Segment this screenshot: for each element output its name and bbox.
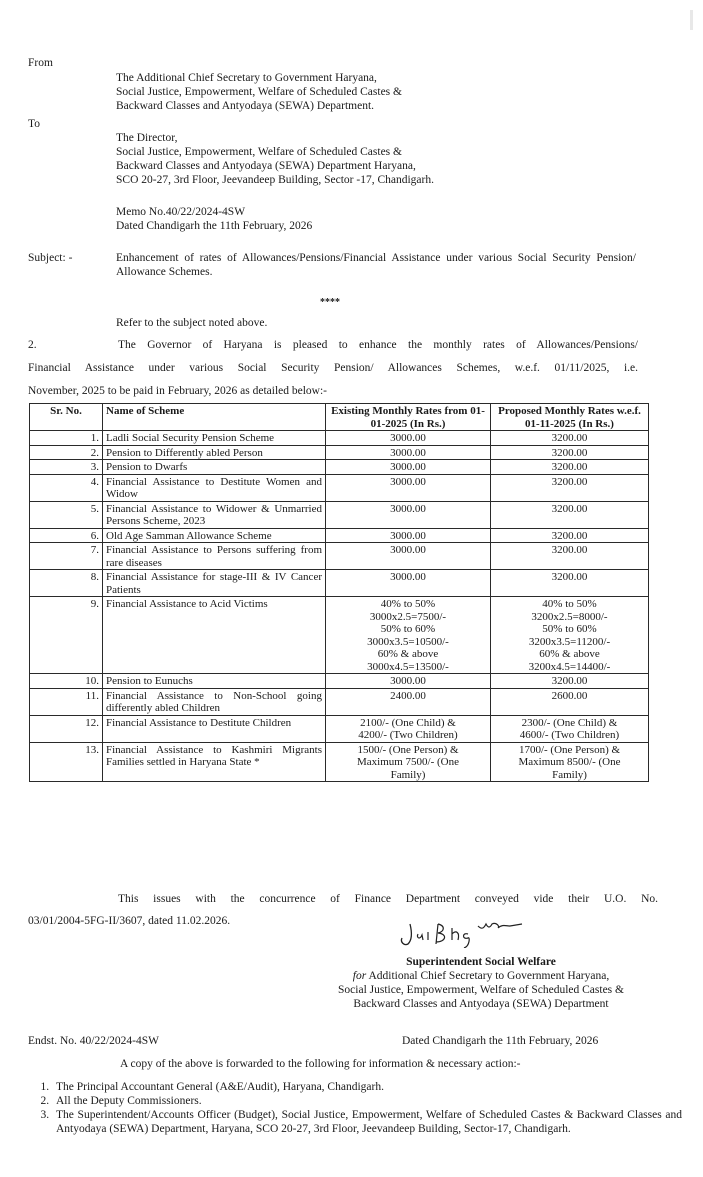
subject-text: Enhancement of rates of Allowances/Pensi… xyxy=(116,251,636,279)
cell-proposed-rate: 40% to 50%3200x2.5=8000/-50% to 60%3200x… xyxy=(491,597,649,674)
existing-rate-line: 3000.00 xyxy=(329,530,487,543)
cell-sr-no: 3. xyxy=(30,460,103,475)
cell-proposed-rate: 3200.00 xyxy=(491,431,649,446)
header-scheme-name: Name of Scheme xyxy=(103,404,326,431)
existing-rate-line: 3000.00 xyxy=(329,461,487,474)
proposed-rate-line: 3200.00 xyxy=(494,530,645,543)
existing-rate-line: 2100/- (One Child) & xyxy=(329,717,487,730)
cell-proposed-rate: 2600.00 xyxy=(491,688,649,715)
table-row: 1.Ladli Social Security Pension Scheme30… xyxy=(30,431,649,446)
to-label: To xyxy=(28,117,40,131)
cell-sr-no: 8. xyxy=(30,570,103,597)
for-prefix: for xyxy=(353,970,366,982)
cell-sr-no: 10. xyxy=(30,674,103,689)
refer-line: Refer to the subject noted above. xyxy=(116,316,267,330)
signature-block: Superintendent Social Welfare for Additi… xyxy=(300,955,662,1011)
table-row: 12.Financial Assistance to Destitute Chi… xyxy=(30,715,649,742)
existing-rate-line: 3000.00 xyxy=(329,503,487,516)
cell-scheme-name: Financial Assistance to Destitute Childr… xyxy=(103,715,326,742)
for-line-text: Additional Chief Secretary to Government… xyxy=(368,970,609,982)
cell-existing-rate: 3000.00 xyxy=(326,431,491,446)
cell-proposed-rate: 3200.00 xyxy=(491,674,649,689)
cell-existing-rate: 3000.00 xyxy=(326,445,491,460)
table-row: 13.Financial Assistance to Kashmiri Migr… xyxy=(30,742,649,782)
proposed-rate-line: 3200.00 xyxy=(494,675,645,688)
table-row: 4.Financial Assistance to Destitute Wome… xyxy=(30,474,649,501)
cell-proposed-rate: 2300/- (One Child) &4600/- (Two Children… xyxy=(491,715,649,742)
existing-rate-line: 3000.00 xyxy=(329,432,487,445)
cell-sr-no: 13. xyxy=(30,742,103,782)
cell-scheme-name: Financial Assistance to Non-School going… xyxy=(103,688,326,715)
to-line-2: Social Justice, Empowerment, Welfare of … xyxy=(116,145,402,159)
copy-recipient-list: The Principal Accountant General (A&E/Au… xyxy=(30,1080,682,1136)
proposed-rate-line: 3200x3.5=11200/- xyxy=(494,636,645,649)
from-line-1: The Additional Chief Secretary to Govern… xyxy=(116,71,377,85)
endorsement-intro: A copy of the above is forwarded to the … xyxy=(120,1057,520,1071)
subject-label: Subject: - xyxy=(28,251,72,265)
existing-rate-line: 3000x3.5=10500/- xyxy=(329,636,487,649)
to-line-4: SCO 20-27, 3rd Floor, Jeevandeep Buildin… xyxy=(116,173,434,187)
proposed-rate-line: 1700/- (One Person) & xyxy=(494,744,645,757)
signature-scribble xyxy=(398,918,548,948)
proposed-rate-line: 40% to 50% xyxy=(494,598,645,611)
separator: **** xyxy=(300,296,360,310)
cell-scheme-name: Financial Assistance for stage-III & IV … xyxy=(103,570,326,597)
proposed-rate-line: 50% to 60% xyxy=(494,623,645,636)
cell-scheme-name: Pension to Differently abled Person xyxy=(103,445,326,460)
to-line-1: The Director, xyxy=(116,131,177,145)
cell-scheme-name: Old Age Samman Allowance Scheme xyxy=(103,528,326,543)
proposed-rate-line: 3200.00 xyxy=(494,461,645,474)
cell-proposed-rate: 1700/- (One Person) &Maximum 8500/- (One… xyxy=(491,742,649,782)
header-proposed-rates: Proposed Monthly Rates w.e.f. 01-11-2025… xyxy=(491,404,649,431)
cell-sr-no: 5. xyxy=(30,501,103,528)
existing-rate-line: 3000.00 xyxy=(329,447,487,460)
memo-date: Dated Chandigarh the 11th February, 2026 xyxy=(116,219,312,233)
table-row: 2.Pension to Differently abled Person300… xyxy=(30,445,649,460)
proposed-rate-line: 3200.00 xyxy=(494,544,645,557)
cell-sr-no: 7. xyxy=(30,543,103,570)
cell-sr-no: 11. xyxy=(30,688,103,715)
cell-proposed-rate: 3200.00 xyxy=(491,460,649,475)
concurrence-line-1: This issues with the concurrence of Fina… xyxy=(118,892,658,906)
table-header-row: Sr. No. Name of Scheme Existing Monthly … xyxy=(30,404,649,431)
cell-existing-rate: 3000.00 xyxy=(326,543,491,570)
cell-sr-no: 1. xyxy=(30,431,103,446)
table-row: 10.Pension to Eunuchs3000.003200.00 xyxy=(30,674,649,689)
existing-rate-line: 1500/- (One Person) & xyxy=(329,744,487,757)
table-row: 7.Financial Assistance to Persons suffer… xyxy=(30,543,649,570)
existing-rate-line: 50% to 60% xyxy=(329,623,487,636)
signatory-for-line: for Additional Chief Secretary to Govern… xyxy=(300,969,662,983)
existing-rate-line: Maximum 7500/- (One xyxy=(329,756,487,769)
existing-rate-line: 3000.00 xyxy=(329,476,487,489)
cell-existing-rate: 3000.00 xyxy=(326,474,491,501)
from-line-3: Backward Classes and Antyodaya (SEWA) De… xyxy=(116,99,374,113)
cell-scheme-name: Financial Assistance to Destitute Women … xyxy=(103,474,326,501)
table-row: 5.Financial Assistance to Widower & Unma… xyxy=(30,501,649,528)
proposed-rate-line: 2600.00 xyxy=(494,690,645,703)
signatory-designation: Superintendent Social Welfare xyxy=(300,955,662,969)
proposed-rate-line: 60% & above xyxy=(494,648,645,661)
recipient-item: All the Deputy Commissioners. xyxy=(52,1094,682,1108)
cell-sr-no: 2. xyxy=(30,445,103,460)
cell-existing-rate: 3000.00 xyxy=(326,674,491,689)
signatory-dept-line-1: Social Justice, Empowerment, Welfare of … xyxy=(300,983,662,997)
para2-line-1: The Governor of Haryana is pleased to en… xyxy=(118,338,638,352)
cell-scheme-name: Financial Assistance to Kashmiri Migrant… xyxy=(103,742,326,782)
existing-rate-line: 3000.00 xyxy=(329,571,487,584)
from-line-2: Social Justice, Empowerment, Welfare of … xyxy=(116,85,402,99)
proposed-rate-line: 3200.00 xyxy=(494,447,645,460)
endorsement-date: Dated Chandigarh the 11th February, 2026 xyxy=(402,1034,598,1048)
cell-proposed-rate: 3200.00 xyxy=(491,474,649,501)
cell-proposed-rate: 3200.00 xyxy=(491,528,649,543)
cell-existing-rate: 3000.00 xyxy=(326,570,491,597)
cell-scheme-name: Pension to Dwarfs xyxy=(103,460,326,475)
cell-existing-rate: 40% to 50%3000x2.5=7500/-50% to 60%3000x… xyxy=(326,597,491,674)
header-sr-no: Sr. No. xyxy=(30,404,103,431)
cell-sr-no: 4. xyxy=(30,474,103,501)
existing-rate-line: 40% to 50% xyxy=(329,598,487,611)
cell-scheme-name: Ladli Social Security Pension Scheme xyxy=(103,431,326,446)
cell-scheme-name: Financial Assistance to Widower & Unmarr… xyxy=(103,501,326,528)
from-label: From xyxy=(28,56,53,70)
table-row: 8.Financial Assistance for stage-III & I… xyxy=(30,570,649,597)
cell-sr-no: 12. xyxy=(30,715,103,742)
table-row: 6.Old Age Samman Allowance Scheme3000.00… xyxy=(30,528,649,543)
proposed-rate-line: 3200.00 xyxy=(494,432,645,445)
existing-rate-line: 3000x4.5=13500/- xyxy=(329,661,487,674)
para2-number: 2. xyxy=(28,338,37,352)
recipient-item: The Superintendent/Accounts Officer (Bud… xyxy=(52,1108,682,1136)
existing-rate-line: 3000.00 xyxy=(329,544,487,557)
existing-rate-line: 3000.00 xyxy=(329,675,487,688)
proposed-rate-line: 3200x2.5=8000/- xyxy=(494,611,645,624)
cell-sr-no: 6. xyxy=(30,528,103,543)
para2-line-2: Financial Assistance under various Socia… xyxy=(28,361,638,375)
cell-existing-rate: 1500/- (One Person) &Maximum 7500/- (One… xyxy=(326,742,491,782)
cell-existing-rate: 2400.00 xyxy=(326,688,491,715)
memo-number: Memo No.40/22/2024-4SW xyxy=(116,205,245,219)
para2-line-3: November, 2025 to be paid in February, 2… xyxy=(28,384,327,398)
cell-proposed-rate: 3200.00 xyxy=(491,543,649,570)
proposed-rate-line: 3200.00 xyxy=(494,571,645,584)
header-existing-rates: Existing Monthly Rates from 01-01-2025 (… xyxy=(326,404,491,431)
proposed-rate-line: Family) xyxy=(494,769,645,782)
endorsement-number: Endst. No. 40/22/2024-4SW xyxy=(28,1034,159,1048)
cell-scheme-name: Pension to Eunuchs xyxy=(103,674,326,689)
concurrence-line-2: 03/01/2004-5FG-II/3607, dated 11.02.2026… xyxy=(28,914,230,928)
proposed-rate-line: 2300/- (One Child) & xyxy=(494,717,645,730)
proposed-rate-line: 3200.00 xyxy=(494,476,645,489)
table-row: 9.Financial Assistance to Acid Victims40… xyxy=(30,597,649,674)
proposed-rate-line: 3200.00 xyxy=(494,503,645,516)
proposed-rate-line: Maximum 8500/- (One xyxy=(494,756,645,769)
cell-existing-rate: 2100/- (One Child) &4200/- (Two Children… xyxy=(326,715,491,742)
existing-rate-line: 3000x2.5=7500/- xyxy=(329,611,487,624)
cell-scheme-name: Financial Assistance to Persons sufferin… xyxy=(103,543,326,570)
existing-rate-line: 4200/- (Two Children) xyxy=(329,729,487,742)
to-line-3: Backward Classes and Antyodaya (SEWA) De… xyxy=(116,159,416,173)
cell-proposed-rate: 3200.00 xyxy=(491,501,649,528)
existing-rate-line: 60% & above xyxy=(329,648,487,661)
cell-existing-rate: 3000.00 xyxy=(326,501,491,528)
cell-existing-rate: 3000.00 xyxy=(326,528,491,543)
cell-proposed-rate: 3200.00 xyxy=(491,445,649,460)
signatory-dept-line-2: Backward Classes and Antyodaya (SEWA) De… xyxy=(300,997,662,1011)
existing-rate-line: Family) xyxy=(329,769,487,782)
cell-scheme-name: Financial Assistance to Acid Victims xyxy=(103,597,326,674)
existing-rate-line: 2400.00 xyxy=(329,690,487,703)
rates-table: Sr. No. Name of Scheme Existing Monthly … xyxy=(29,403,649,782)
scan-artifact xyxy=(690,10,693,30)
table-row: 3.Pension to Dwarfs3000.003200.00 xyxy=(30,460,649,475)
cell-sr-no: 9. xyxy=(30,597,103,674)
cell-existing-rate: 3000.00 xyxy=(326,460,491,475)
table-row: 11.Financial Assistance to Non-School go… xyxy=(30,688,649,715)
cell-proposed-rate: 3200.00 xyxy=(491,570,649,597)
proposed-rate-line: 4600/- (Two Children) xyxy=(494,729,645,742)
proposed-rate-line: 3200x4.5=14400/- xyxy=(494,661,645,674)
recipient-item: The Principal Accountant General (A&E/Au… xyxy=(52,1080,682,1094)
